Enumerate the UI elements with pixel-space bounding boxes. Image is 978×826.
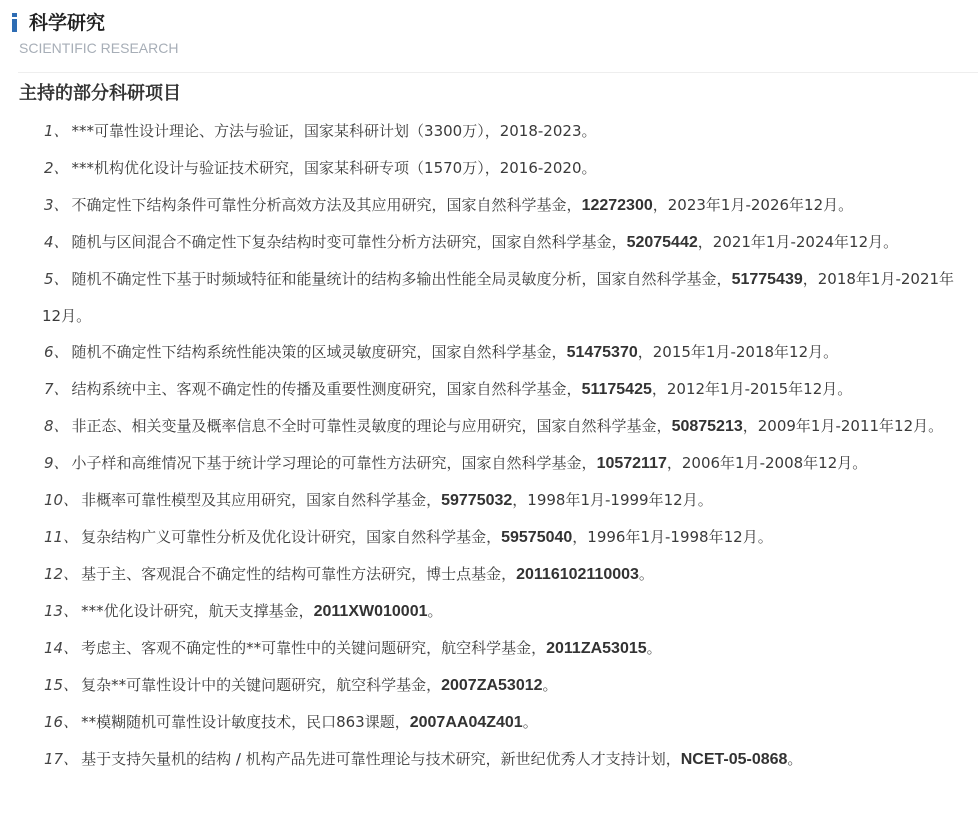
- project-number: 13、: [44, 602, 78, 620]
- project-tail: ，2023年1月-2026年12月。: [653, 196, 853, 214]
- project-item: 13、***优化设计研究，航天支撑基金，2011XW010001。: [42, 593, 960, 630]
- project-text: **模糊随机可靠性设计敏度技术，民口863课题，: [81, 713, 410, 731]
- project-number: 8、: [44, 417, 69, 435]
- project-item: 12、基于主、客观混合不确定性的结构可靠性方法研究，博士点基金，20116102…: [42, 556, 960, 593]
- info-bar-icon: [12, 13, 17, 32]
- project-code: 10572117: [597, 455, 667, 472]
- project-text: 随机与区间混合不确定性下复杂结构时变可靠性分析方法研究，国家自然科学基金，: [72, 233, 627, 251]
- project-tail: ，2012年1月-2015年12月。: [652, 380, 852, 398]
- project-text: 结构系统中主、客观不确定性的传播及重要性测度研究，国家自然科学基金，: [72, 380, 582, 398]
- project-code: 51175425: [582, 381, 652, 398]
- project-number: 1、: [44, 122, 69, 140]
- project-code: 2007ZA53012: [441, 677, 542, 694]
- project-text: ***可靠性设计理论、方法与验证，国家某科研计划（3300万），2018-202…: [72, 122, 597, 140]
- project-code: 52075442: [627, 234, 698, 251]
- accent-stem: [12, 19, 17, 32]
- project-item: 16、**模糊随机可靠性设计敏度技术，民口863课题，2007AA04Z401。: [42, 704, 960, 741]
- project-code: 2007AA04Z401: [410, 714, 523, 731]
- project-tail: 。: [543, 676, 558, 694]
- project-item: 7、结构系统中主、客观不确定性的传播及重要性测度研究，国家自然科学基金，5117…: [42, 371, 960, 408]
- project-number: 4、: [44, 233, 69, 251]
- accent-dot: [12, 13, 17, 17]
- project-text: ***优化设计研究，航天支撑基金，: [81, 602, 314, 620]
- project-item: 5、随机不确定性下基于时频域特征和能量统计的结构多输出性能全局灵敏度分析，国家自…: [42, 261, 960, 334]
- project-text: 基于支持矢量机的结构 / 机构产品先进可靠性理论与技术研究，新世纪优秀人才支持计…: [81, 750, 681, 768]
- project-code: 50875213: [672, 418, 743, 435]
- project-number: 12、: [44, 565, 78, 583]
- project-list: 1、***可靠性设计理论、方法与验证，国家某科研计划（3300万），2018-2…: [0, 113, 978, 778]
- section-title: 主持的部分科研项目: [19, 81, 978, 107]
- project-number: 17、: [44, 750, 78, 768]
- project-number: 16、: [44, 713, 78, 731]
- project-code: 12272300: [582, 197, 653, 214]
- project-tail: ，1998年1月-1999年12月。: [512, 491, 712, 509]
- project-number: 5、: [44, 270, 69, 288]
- project-number: 10、: [44, 491, 78, 509]
- project-tail: ，2021年1月-2024年12月。: [698, 233, 898, 251]
- project-code: NCET-05-0868: [681, 751, 788, 768]
- project-number: 6、: [44, 343, 69, 361]
- project-text: 非正态、相关变量及概率信息不全时可靠性灵敏度的理论与应用研究，国家自然科学基金，: [72, 417, 672, 435]
- project-number: 15、: [44, 676, 78, 694]
- project-text: 小子样和高维情况下基于统计学习理论的可靠性方法研究，国家自然科学基金，: [72, 454, 597, 472]
- project-code: 2011ZA53015: [546, 640, 647, 657]
- page-title: 科学研究: [29, 10, 105, 36]
- project-text: 非概率可靠性模型及其应用研究，国家自然科学基金，: [81, 491, 441, 509]
- project-item: 8、非正态、相关变量及概率信息不全时可靠性灵敏度的理论与应用研究，国家自然科学基…: [42, 408, 960, 445]
- project-item: 17、基于支持矢量机的结构 / 机构产品先进可靠性理论与技术研究，新世纪优秀人才…: [42, 741, 960, 778]
- project-number: 9、: [44, 454, 69, 472]
- project-item: 4、随机与区间混合不确定性下复杂结构时变可靠性分析方法研究，国家自然科学基金，5…: [42, 224, 960, 261]
- project-item: 6、随机不确定性下结构系统性能决策的区域灵敏度研究，国家自然科学基金，51475…: [42, 334, 960, 371]
- project-tail: ，2006年1月-2008年12月。: [667, 454, 867, 472]
- project-code: 20116102110003: [516, 566, 639, 583]
- project-tail: 。: [523, 713, 538, 731]
- project-tail: ，2015年1月-2018年12月。: [638, 343, 838, 361]
- project-code: 59575040: [501, 529, 572, 546]
- project-tail: ，2009年1月-2011年12月。: [743, 417, 943, 435]
- project-item: 2、***机构优化设计与验证技术研究，国家某科研专项（1570万），2016-2…: [42, 150, 960, 187]
- project-number: 11、: [44, 528, 78, 546]
- project-code: 59775032: [441, 492, 512, 509]
- project-item: 14、考虑主、客观不确定性的**可靠性中的关键问题研究，航空科学基金，2011Z…: [42, 630, 960, 667]
- page-header: 科学研究 SCIENTIFIC RESEARCH: [18, 0, 978, 73]
- project-text: 随机不确定性下基于时频域特征和能量统计的结构多输出性能全局灵敏度分析，国家自然科…: [72, 270, 732, 288]
- project-tail: ，1996年1月-1998年12月。: [572, 528, 772, 546]
- project-item: 3、不确定性下结构条件可靠性分析高效方法及其应用研究，国家自然科学基金，1227…: [42, 187, 960, 224]
- project-text: 基于主、客观混合不确定性的结构可靠性方法研究，博士点基金，: [81, 565, 516, 583]
- page-subtitle: SCIENTIFIC RESEARCH: [19, 39, 178, 57]
- project-text: 复杂**可靠性设计中的关键问题研究，航空科学基金，: [81, 676, 441, 694]
- project-number: 3、: [44, 196, 69, 214]
- project-item: 15、复杂**可靠性设计中的关键问题研究，航空科学基金，2007ZA53012。: [42, 667, 960, 704]
- project-tail: 。: [427, 602, 442, 620]
- project-item: 9、小子样和高维情况下基于统计学习理论的可靠性方法研究，国家自然科学基金，105…: [42, 445, 960, 482]
- project-tail: 。: [787, 750, 802, 768]
- project-text: 复杂结构广义可靠性分析及优化设计研究，国家自然科学基金，: [81, 528, 501, 546]
- project-tail: 。: [639, 565, 654, 583]
- project-code: 51775439: [732, 271, 803, 288]
- project-text: 考虑主、客观不确定性的**可靠性中的关键问题研究，航空科学基金，: [81, 639, 546, 657]
- project-item: 11、复杂结构广义可靠性分析及优化设计研究，国家自然科学基金，59575040，…: [42, 519, 960, 556]
- project-item: 10、非概率可靠性模型及其应用研究，国家自然科学基金，59775032，1998…: [42, 482, 960, 519]
- project-number: 14、: [44, 639, 78, 657]
- project-text: 不确定性下结构条件可靠性分析高效方法及其应用研究，国家自然科学基金，: [72, 196, 582, 214]
- project-text: 随机不确定性下结构系统性能决策的区域灵敏度研究，国家自然科学基金，: [72, 343, 567, 361]
- project-code: 2011XW010001: [314, 603, 428, 620]
- project-number: 2、: [44, 159, 69, 177]
- project-tail: 。: [647, 639, 662, 657]
- project-code: 51475370: [567, 344, 638, 361]
- project-number: 7、: [44, 380, 69, 398]
- project-text: ***机构优化设计与验证技术研究，国家某科研专项（1570万），2016-202…: [72, 159, 597, 177]
- project-item: 1、***可靠性设计理论、方法与验证，国家某科研计划（3300万），2018-2…: [42, 113, 960, 150]
